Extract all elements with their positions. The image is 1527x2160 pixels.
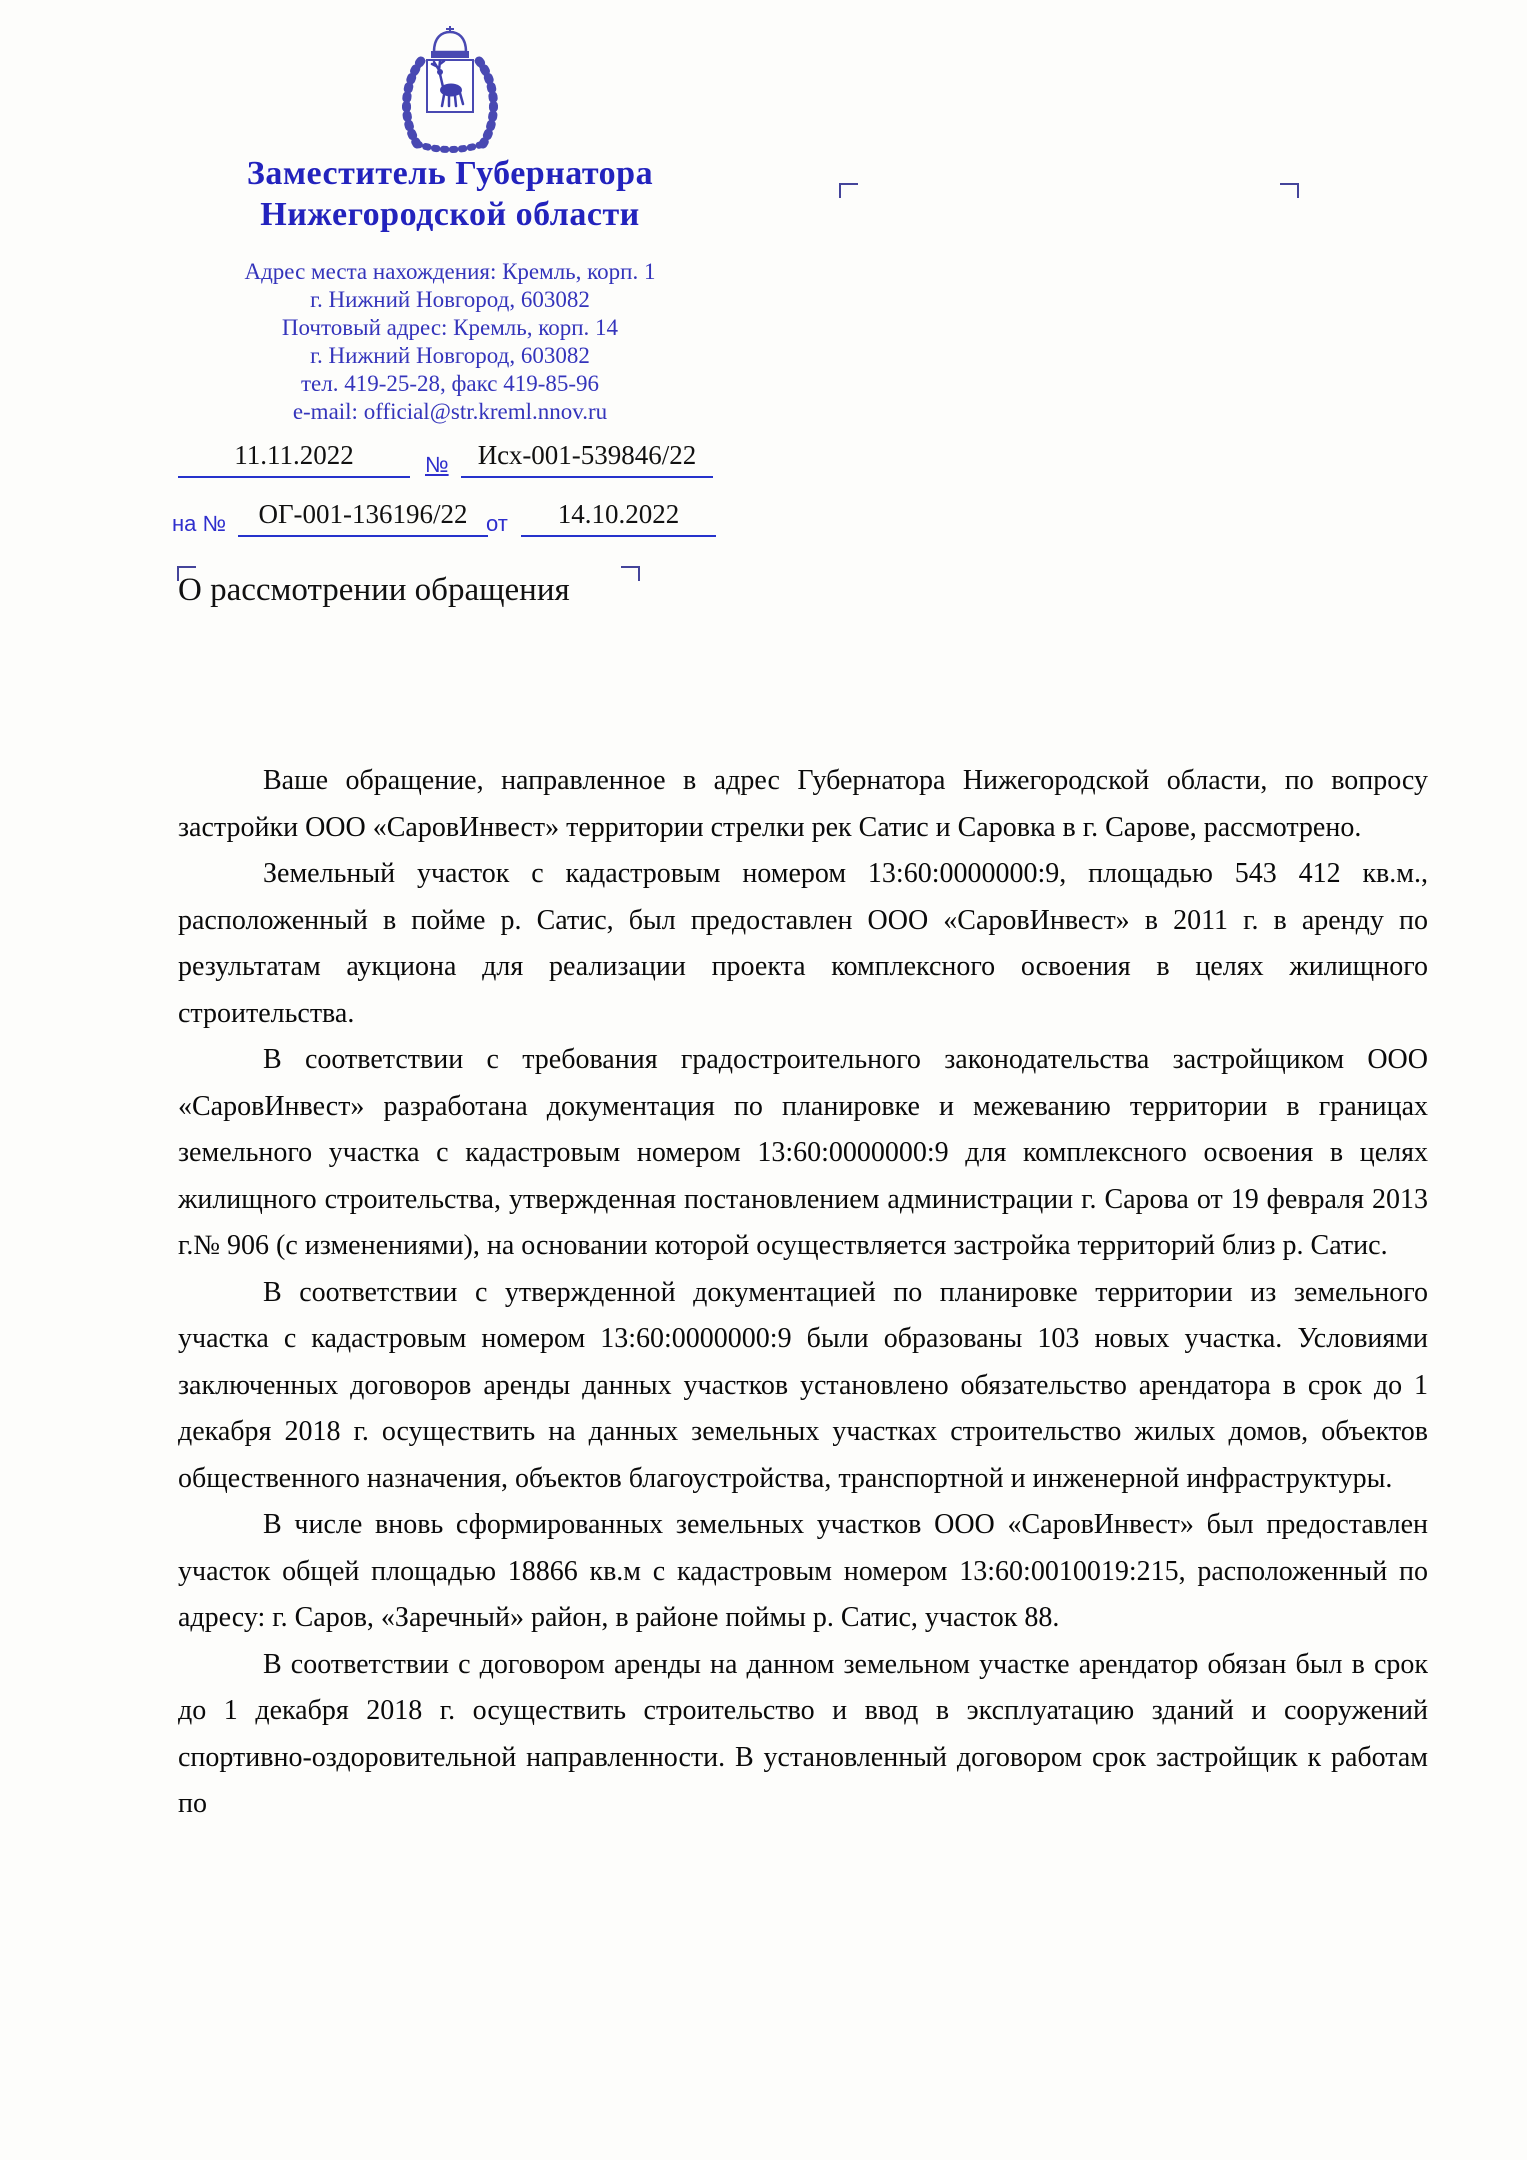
subject-corner-mark-right bbox=[621, 566, 640, 581]
address-line: Почтовый адрес: Кремль, корп. 14 bbox=[140, 314, 760, 342]
address-line: тел. 419-25-28, факс 419-85-96 bbox=[140, 370, 760, 398]
address-line: г. Нижний Новгород, 603082 bbox=[140, 286, 760, 314]
coat-of-arms-icon bbox=[383, 26, 517, 156]
letter-page: Заместитель Губернатора Нижегородской об… bbox=[0, 0, 1527, 2160]
address-line: г. Нижний Новгород, 603082 bbox=[140, 342, 760, 370]
org-title-line1: Заместитель Губернатора bbox=[140, 155, 760, 193]
ref-number-label: на № bbox=[172, 511, 226, 537]
letter-date: 11.11.2022 bbox=[178, 440, 410, 478]
address-line: Адрес места нахождения: Кремль, корп. 1 bbox=[140, 258, 760, 286]
addressee-corner-mark-left bbox=[839, 183, 858, 198]
body-paragraph: В соответствии с утвержденной документац… bbox=[178, 1270, 1428, 1503]
org-title-line2: Нижегородской области bbox=[140, 196, 760, 234]
body-paragraph: Ваше обращение, направленное в адрес Губ… bbox=[178, 758, 1428, 851]
ref-date: 14.10.2022 bbox=[521, 499, 716, 537]
outgoing-number: Исх-001-539846/22 bbox=[461, 440, 713, 478]
subject-line: О рассмотрении обращения bbox=[178, 572, 570, 609]
address-line: e-mail: official@str.kreml.nnov.ru bbox=[140, 398, 760, 426]
letter-body: Ваше обращение, направленное в адрес Губ… bbox=[178, 758, 1428, 1828]
addressee-corner-mark-right bbox=[1280, 183, 1299, 198]
ref-number: ОГ-001-136196/22 bbox=[238, 499, 488, 537]
body-paragraph: В числе вновь сформированных земельных у… bbox=[178, 1502, 1428, 1642]
body-paragraph: В соответствии с требования градостроите… bbox=[178, 1037, 1428, 1270]
ref-date-label: от bbox=[486, 511, 508, 537]
number-label: № bbox=[425, 452, 449, 478]
body-paragraph: Земельный участок с кадастровым номером … bbox=[178, 851, 1428, 1037]
body-paragraph: В соответствии с договором аренды на дан… bbox=[178, 1642, 1428, 1828]
